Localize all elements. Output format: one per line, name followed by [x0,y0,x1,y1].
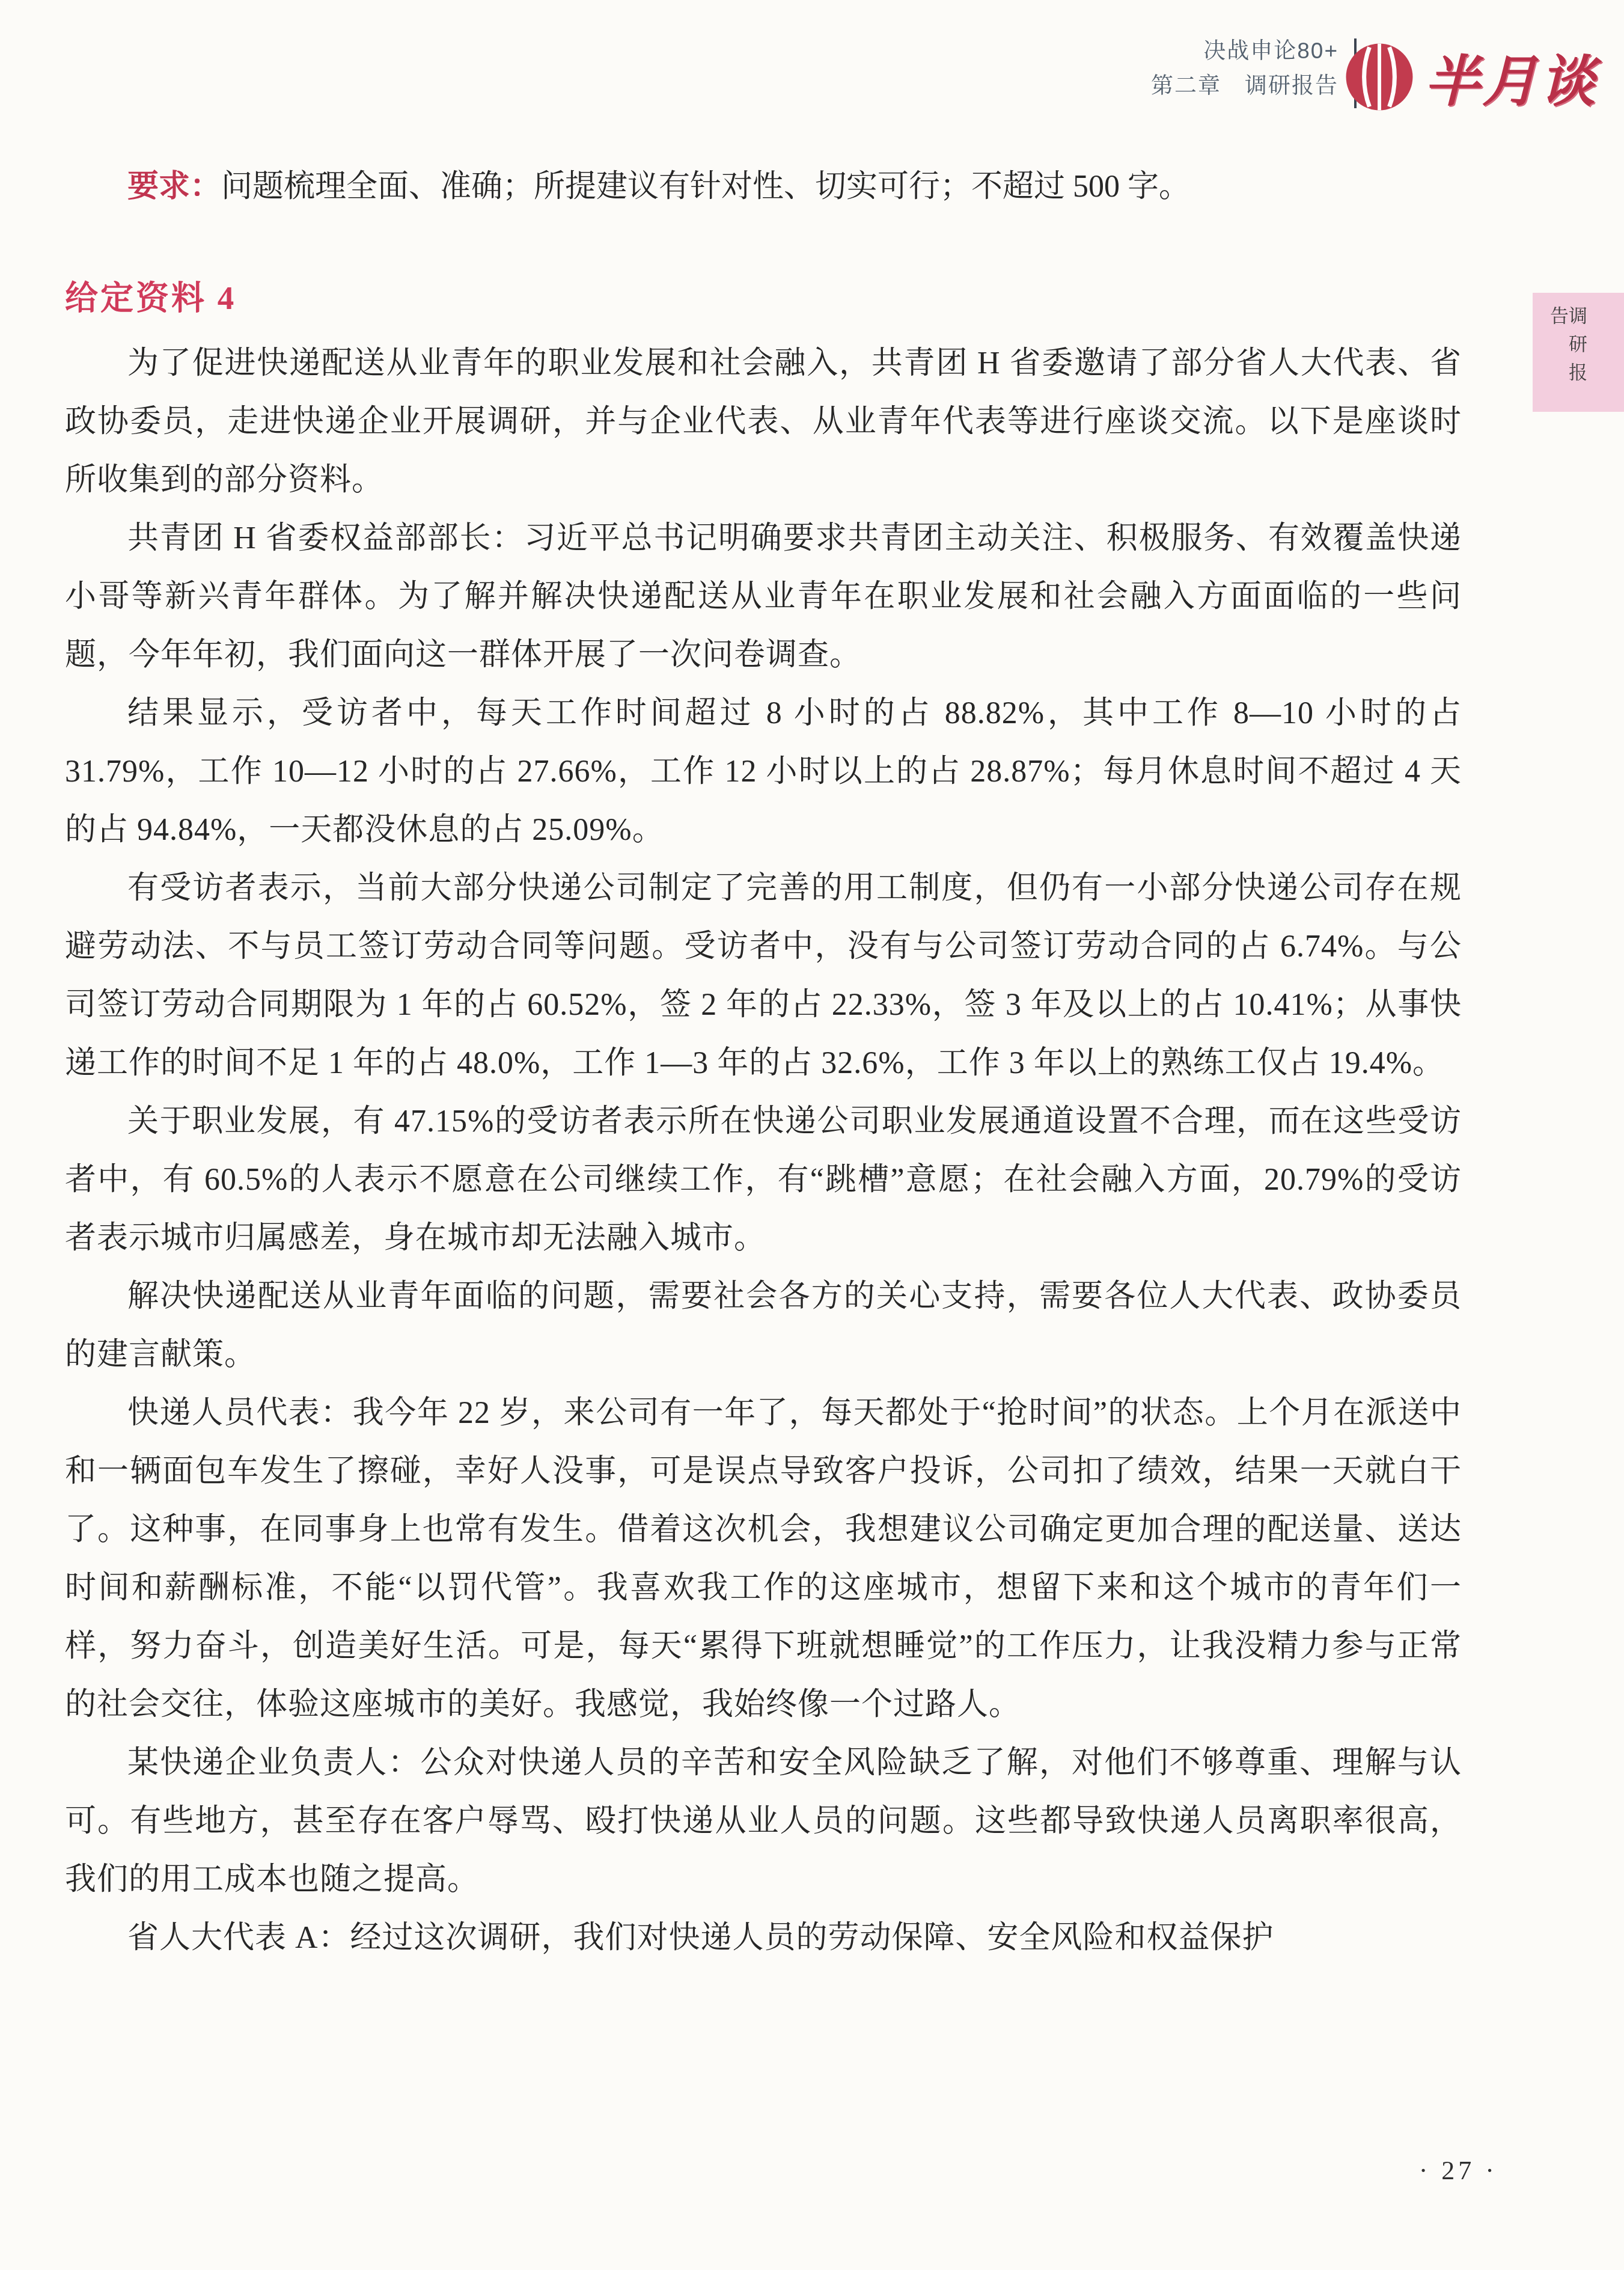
chapter-side-tab: 调研报告 [1533,293,1624,412]
material-heading: 给定资料 4 [65,271,1462,319]
paragraph: 解决快递配送从业青年面临的问题，需要社会各方的关心支持，需要各位人大代表、政协委… [65,1267,1462,1384]
logo-text: 半月谈 [1424,37,1598,117]
page-number: · 27 · [1419,2155,1498,2186]
publisher-logo: 半月谈 [1344,37,1598,117]
paragraph: 关于职业发展，有 47.15%的受访者表示所在快递公司职业发展通道设置不合理，而… [65,1092,1462,1267]
paragraph: 为了促进快递配送从业青年的职业发展和社会融入，共青团 H 省委邀请了部分省人大代… [65,334,1462,509]
paragraph: 结果显示，受访者中，每天工作时间超过 8 小时的占 88.82%，其中工作 8—… [65,684,1462,859]
banyuetan-logo-icon [1344,41,1415,112]
chapter-title: 第二章 调研报告 [1151,69,1339,103]
header-meta: 决战申论80+ 第二章 调研报告 [1151,34,1339,103]
side-tab-label: 调研报告 [1548,306,1586,412]
paragraph: 共青团 H 省委权益部部长：习近平总书记明确要求共青团主动关注、积极服务、有效覆… [65,509,1462,684]
paragraph-list: 为了促进快递配送从业青年的职业发展和社会融入，共青团 H 省委邀请了部分省人大代… [65,334,1462,1967]
paragraph: 有受访者表示，当前大部分快递公司制定了完善的用工制度，但仍有一小部分快递公司存在… [65,859,1462,1092]
paragraph: 快递人员代表：我今年 22 岁，来公司有一年了，每天都处于“抢时间”的状态。上个… [65,1384,1462,1734]
requirement-line: 要求：问题梳理全面、准确；所提建议有针对性、切实可行；不超过 500 字。 [65,158,1462,216]
book-title: 决战申论80+ [1151,34,1339,69]
page-content: 要求：问题梳理全面、准确；所提建议有针对性、切实可行；不超过 500 字。 给定… [65,158,1462,1967]
paragraph: 某快递企业负责人：公众对快递人员的辛苦和安全风险缺乏了解，对他们不够尊重、理解与… [65,1734,1462,1909]
paragraph: 省人大代表 A：经过这次调研，我们对快递人员的劳动保障、安全风险和权益保护 [65,1909,1462,1967]
requirement-label: 要求： [127,170,221,204]
requirement-text: 问题梳理全面、准确；所提建议有针对性、切实可行；不超过 500 字。 [221,170,1190,204]
book-page: 决战申论80+ 第二章 调研报告 半月谈 调研报告 要求：问题梳理全面、准确；所… [0,0,1624,2270]
